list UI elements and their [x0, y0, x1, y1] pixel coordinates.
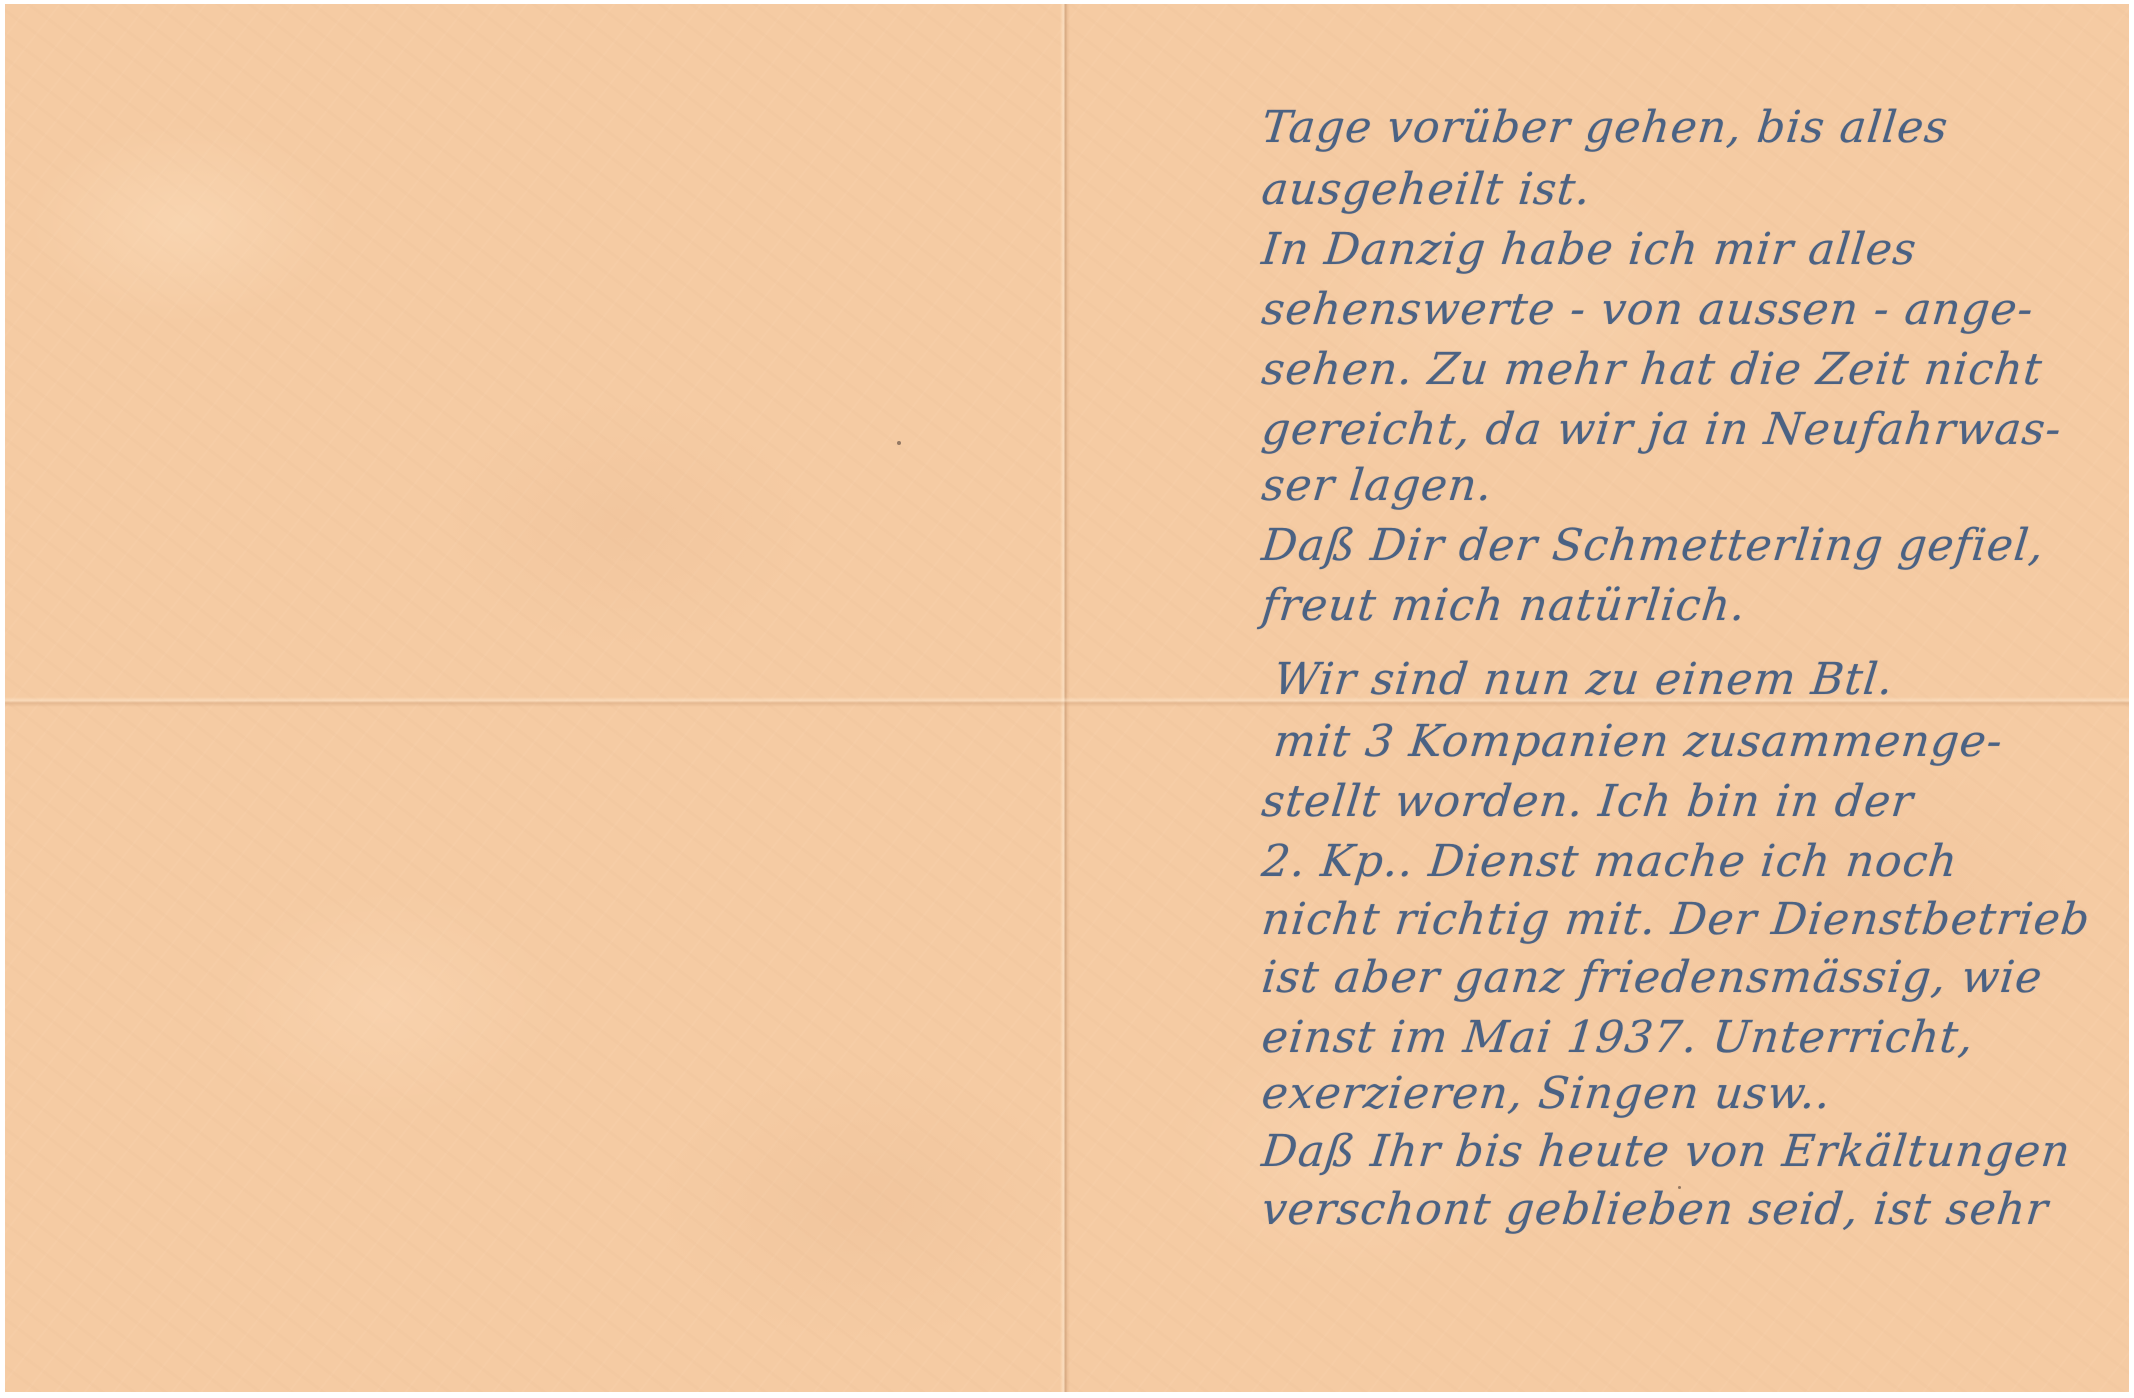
letter-line: 2. Kp.. Dienst mache ich noch: [1259, 834, 1961, 890]
letter-line: stellt worden. Ich bin in der: [1259, 774, 1916, 830]
letter-line: verschont geblieben seid, ist sehr: [1259, 1182, 2051, 1238]
letter-line: Daß Ihr bis heute von Erkältungen: [1259, 1124, 2073, 1180]
letter-line: einst im Mai 1937. Unterricht,: [1259, 1010, 1977, 1066]
letter-line: Daß Dir der Schmetterling gefiel,: [1259, 518, 2047, 574]
letter-line: ausgeheilt ist.: [1259, 162, 1594, 218]
letter-line: sehenswerte - von aussen - ange-: [1259, 282, 2036, 338]
letter-line: gereicht, da wir ja in Neufahrwas-: [1259, 402, 2064, 458]
letter-line: mit 3 Kompanien zusammenge-: [1271, 714, 2006, 770]
letter-line: Wir sind nun zu einem Btl.: [1271, 652, 1896, 708]
ink-speck: [897, 441, 901, 445]
letter-line: nicht richtig mit. Der Dienstbetrieb: [1259, 892, 2093, 948]
letter-line: ser lagen.: [1259, 458, 1495, 514]
letter-line: freut mich natürlich.: [1259, 578, 1749, 634]
letter-line: sehen. Zu mehr hat die Zeit nicht: [1259, 342, 2045, 398]
letter-line: In Danzig habe ich mir alles: [1259, 222, 1919, 278]
letter-line: ist aber ganz friedensmässig, wie: [1259, 950, 2045, 1006]
letter-line: exerzieren, Singen usw..: [1259, 1066, 1834, 1122]
letter-line: Tage vorüber gehen, bis alles: [1259, 100, 1951, 156]
